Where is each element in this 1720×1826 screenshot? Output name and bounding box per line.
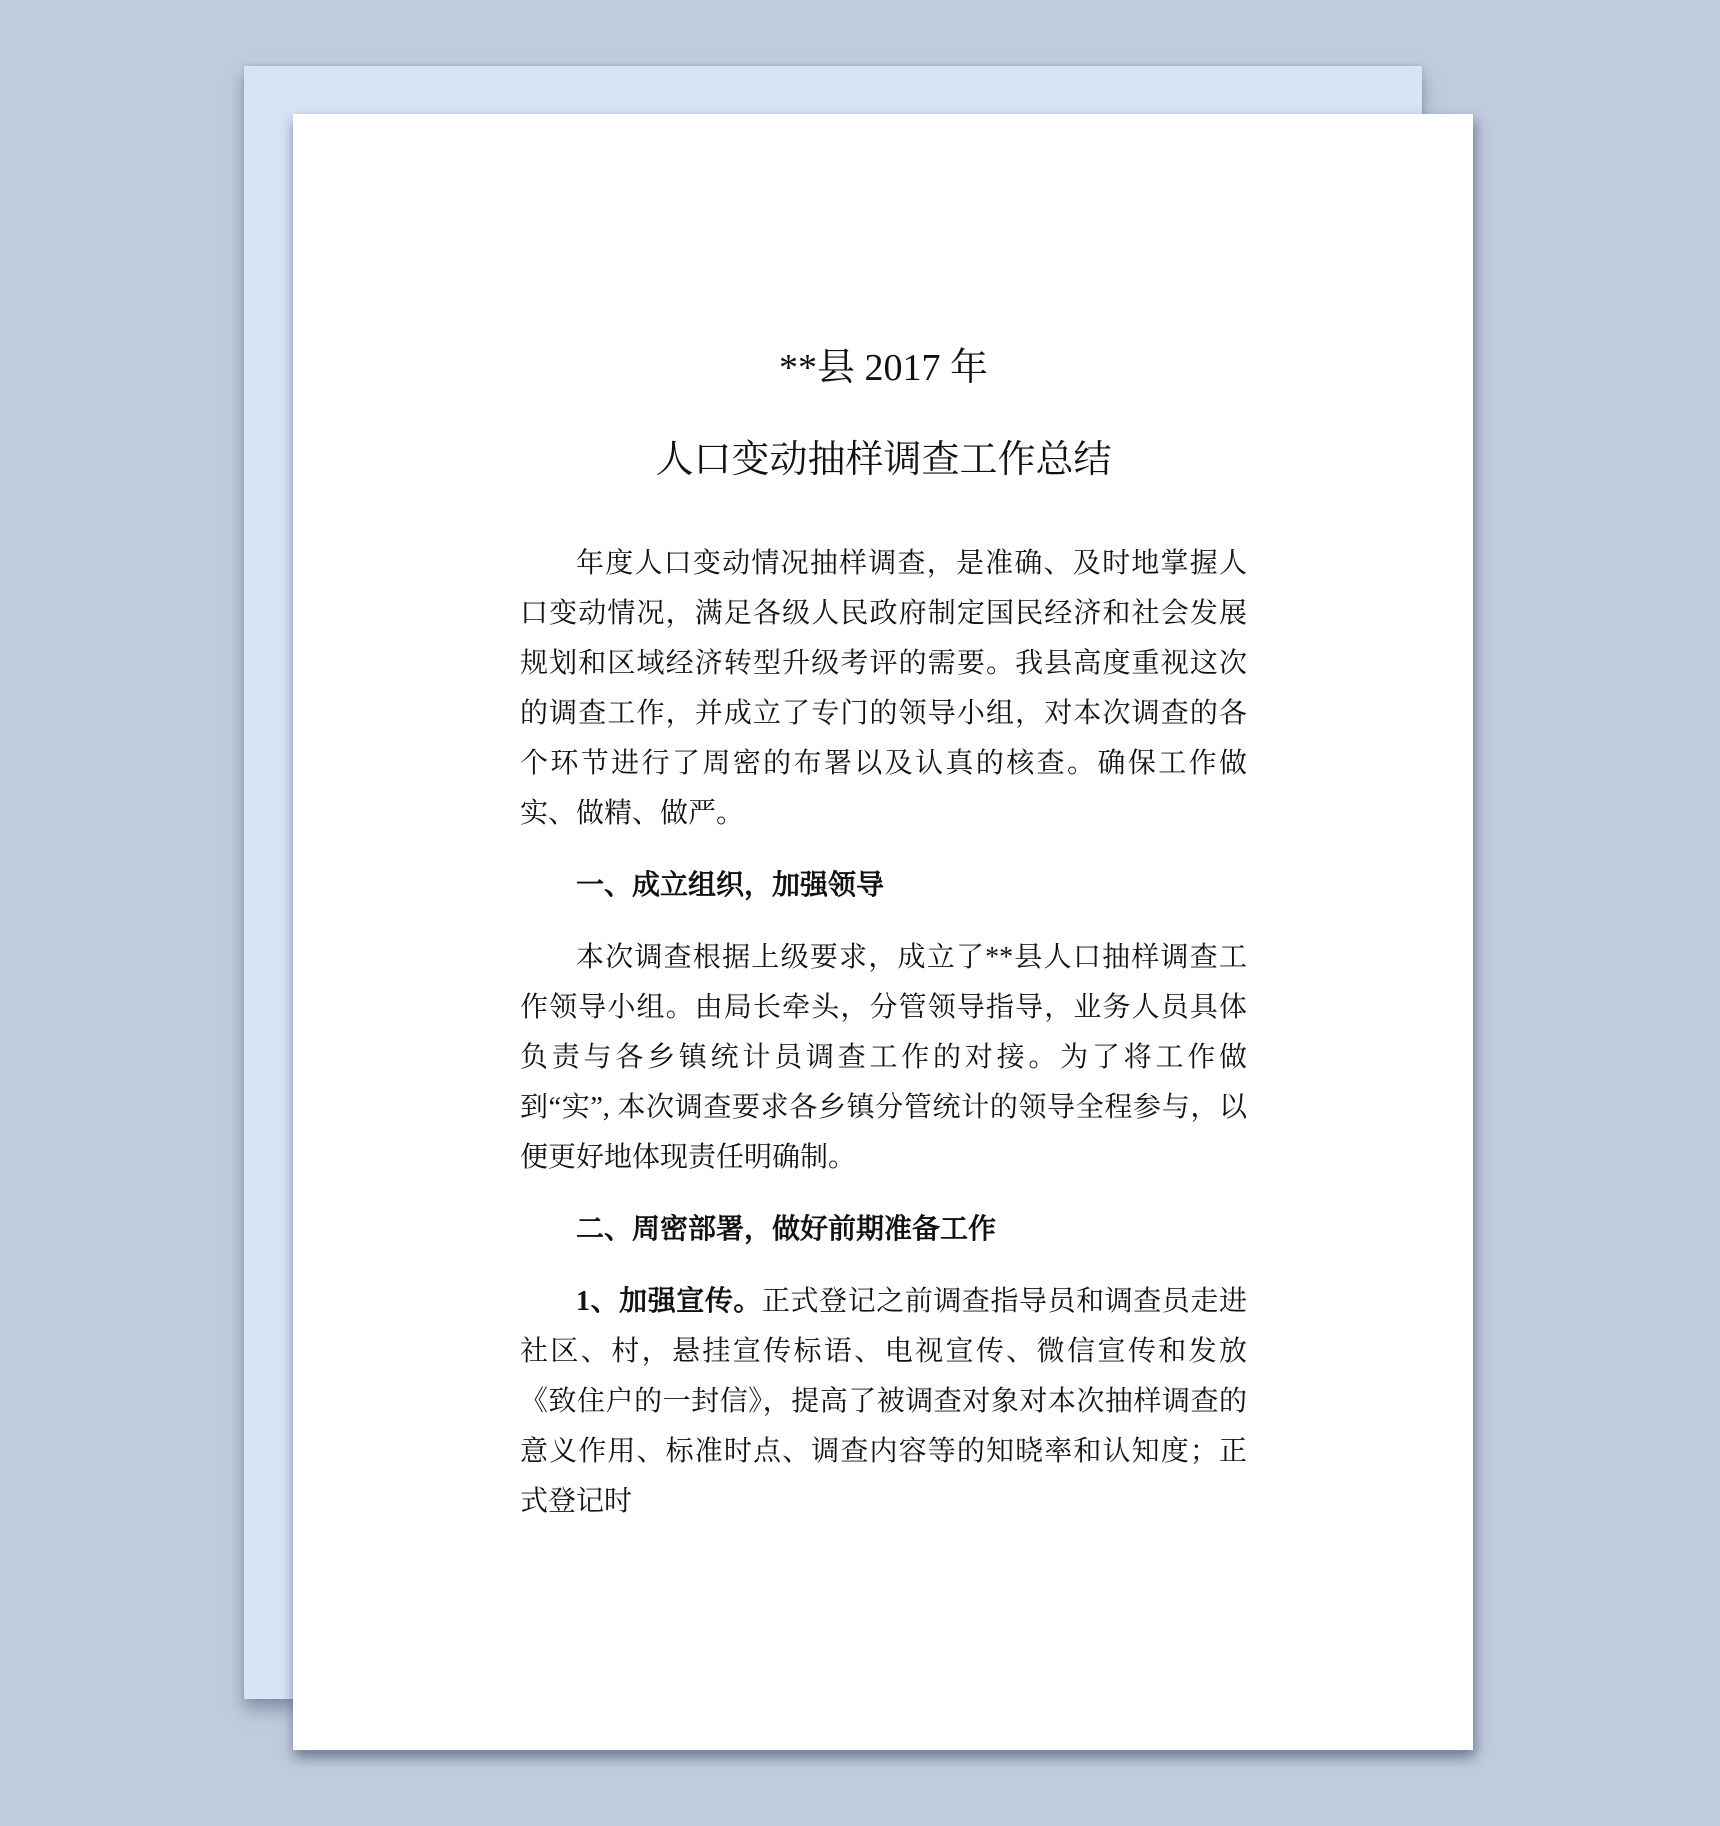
paragraph-section-2-lead: 1、加强宣传。 [576,1286,762,1317]
document-title: **县 2017 年 人口变动抽样调查工作总结 [520,322,1247,506]
paragraph-section-2: 1、加强宣传。正式登记之前调查指导员和调查员走进社区、村，悬挂宣传标语、电视宣传… [520,1277,1247,1527]
document-page: **县 2017 年 人口变动抽样调查工作总结 年度人口变动情况抽样调查，是准确… [293,114,1473,1750]
paragraph-section-2-text: 正式登记之前调查指导员和调查员走进社区、村，悬挂宣传标语、电视宣传、微信宣传和发… [520,1286,1247,1517]
section-heading-2: 二、周密部署，做好前期准备工作 [520,1205,1247,1255]
document-title-line-2: 人口变动抽样调查工作总结 [520,414,1247,506]
document-content: **县 2017 年 人口变动抽样调查工作总结 年度人口变动情况抽样调查，是准确… [520,322,1247,1549]
paragraph-section-1: 本次调查根据上级要求，成立了**县人口抽样调查工作领导小组。由局长牵头，分管领导… [520,933,1247,1183]
section-heading-1: 一、成立组织，加强领导 [520,861,1247,911]
document-title-line-1: **县 2017 年 [520,322,1247,414]
desktop-background: { "document": { "title_lines": [ "**县 20… [0,0,1720,1826]
paragraph-intro: 年度人口变动情况抽样调查，是准确、及时地掌握人口变动情况，满足各级人民政府制定国… [520,539,1247,839]
